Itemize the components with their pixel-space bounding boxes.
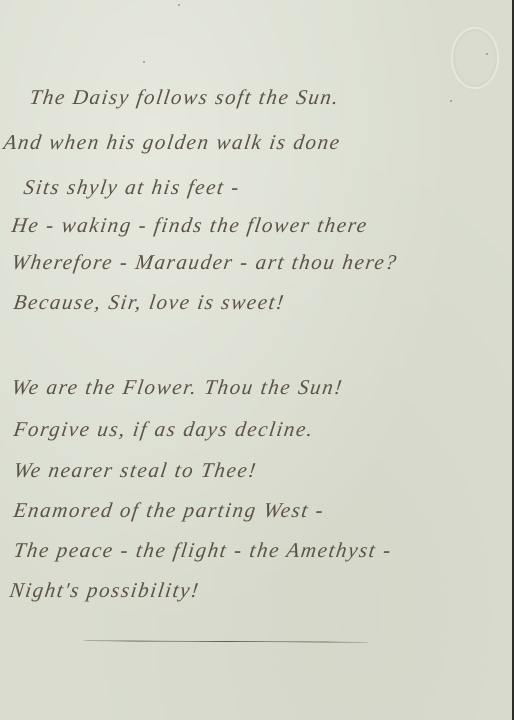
poem-line: The peace - the flight - the Amethyst - — [12, 538, 394, 563]
poem-line: Wherefore - Marauder - art thou here? — [10, 250, 399, 275]
paper-speck — [178, 4, 180, 6]
poem-line: Enamored of the parting West - — [12, 498, 326, 523]
paper-speck — [450, 100, 452, 102]
poem-line: We nearer steal to Thee! — [12, 458, 259, 483]
poem-line: And when his golden walk is done — [2, 130, 343, 155]
poem-line: He - waking - finds the flower there — [10, 213, 370, 238]
embossed-stamp — [451, 27, 499, 89]
closing-rule — [83, 640, 369, 642]
poem-line: Forgive us, if as days decline. — [12, 417, 316, 442]
poem-line: We are the Flower. Thou the Sun! — [10, 375, 345, 400]
poem-line: Night's possibility! — [8, 578, 201, 603]
paper-speck — [143, 61, 145, 63]
poem-line: The Daisy follows soft the Sun. — [28, 85, 341, 110]
manuscript-page: The Daisy follows soft the Sun. And when… — [0, 0, 512, 720]
paper-speck — [486, 53, 488, 55]
poem-line: Because, Sir, love is sweet! — [12, 290, 287, 315]
poem-line: Sits shyly at his feet - — [22, 175, 242, 200]
